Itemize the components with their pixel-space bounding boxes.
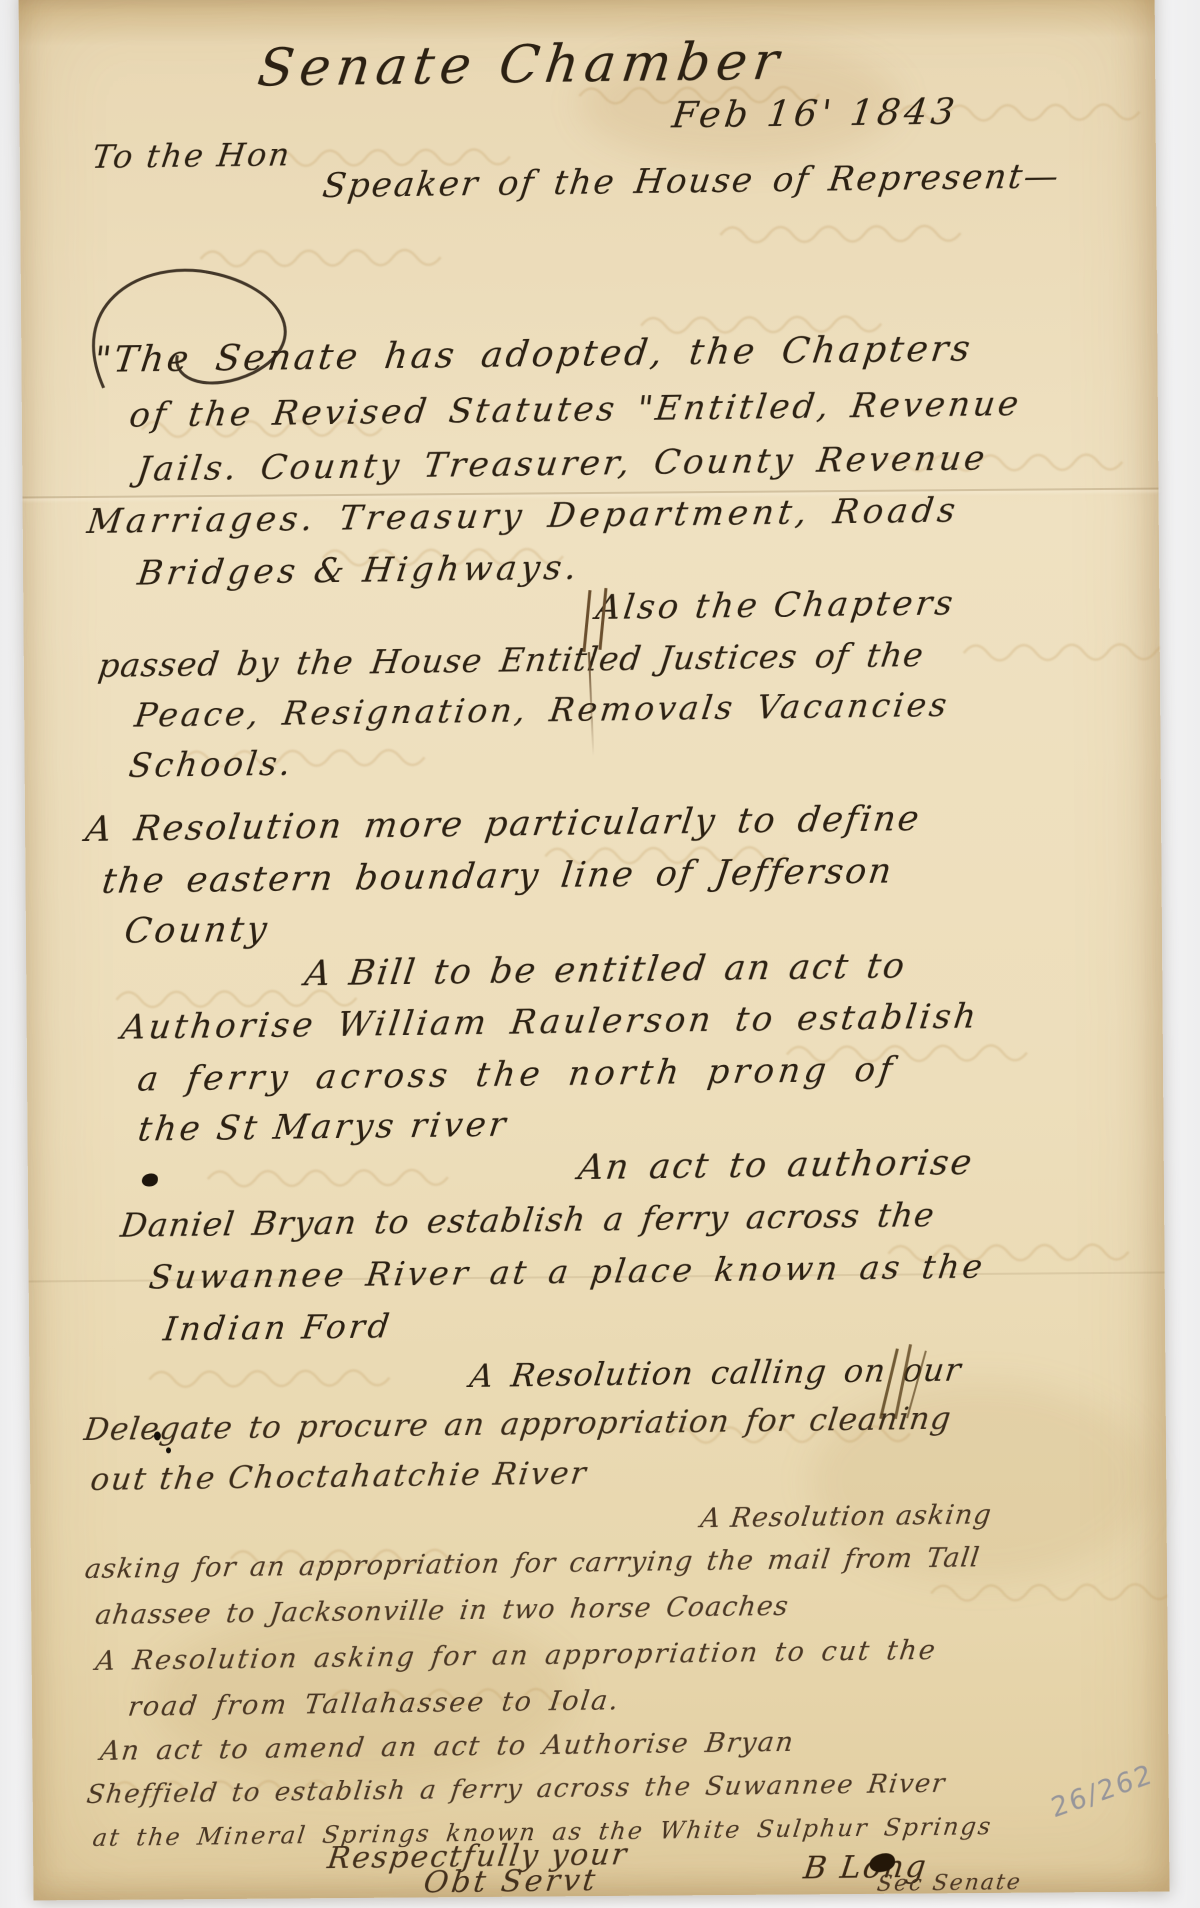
handwritten-line: road from Tallahassee to Iola. [126, 1685, 622, 1722]
ink-speck [166, 1447, 171, 1453]
handwritten-line: the St Marys river [136, 1105, 511, 1150]
salutation-line: To the Hon [90, 135, 294, 176]
handwritten-line: Bridges & Highways. [135, 548, 583, 594]
scan-background: Senate Chamber Feb 16' 1843 To the Hon S… [0, 0, 1200, 1908]
closing-line: Obt Servt [422, 1863, 601, 1900]
handwritten-line: Schools. [127, 743, 296, 784]
handwritten-line: A Resolution asking [699, 1499, 994, 1534]
handwritten-line: An act to authorise [576, 1143, 976, 1188]
pen-flourish [79, 258, 340, 410]
signature-title: Sec Senate [876, 1870, 1024, 1897]
letter-date: Feb 16' 1843 [670, 92, 961, 137]
handwritten-line: County [122, 910, 272, 952]
ink-speck [154, 1431, 161, 1440]
letter-heading: Senate Chamber [254, 32, 788, 99]
handwritten-line: Indian Ford [161, 1306, 394, 1348]
handwritten-line: out the Choctahatchie River [88, 1455, 589, 1498]
letter-page: Senate Chamber Feb 16' 1843 To the Hon S… [19, 0, 1170, 1900]
handwritten-line: A Bill to be entitled an act to [302, 946, 908, 994]
handwritten-line: Also the Chapters [594, 583, 958, 628]
